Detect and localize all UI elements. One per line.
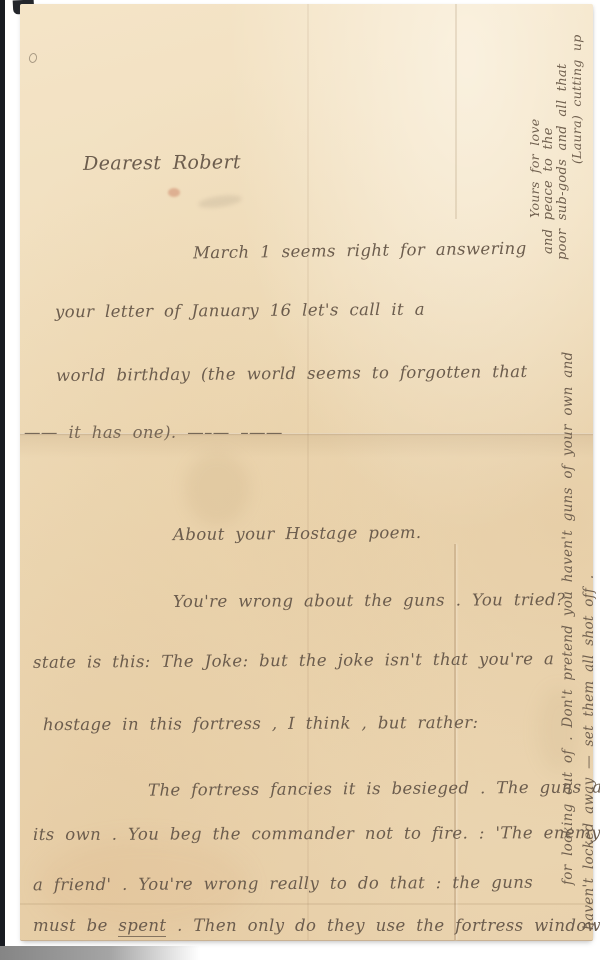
- margin-continuation-outer: haven't locked away — set them all shot …: [581, 575, 597, 930]
- letter-line: The fortress fancies it is besieged . Th…: [148, 777, 600, 799]
- letter-line: its own . You beg the commander not to f…: [33, 823, 600, 844]
- letter-line: state is this: The Joke: but the joke is…: [33, 649, 554, 672]
- letter-last-line: must be spent . Then only do they use th…: [33, 916, 600, 935]
- salutation: Dearest Robert: [83, 151, 241, 175]
- ink-stain: [168, 188, 180, 197]
- margin-signoff-line: and peace to the: [541, 127, 556, 254]
- scan-edge-left: [0, 0, 5, 960]
- scanned-letter-page: Dearest Robert March 1 seems right for a…: [0, 0, 600, 960]
- margin-signoff-line: Yours for love: [527, 119, 542, 218]
- margin-continuation-inner: for looking out of . Don't pretend you h…: [560, 351, 576, 885]
- letter-line: March 1 seems right for answering: [193, 239, 527, 263]
- letter-line: You're wrong about the guns . You tried?: [173, 590, 565, 611]
- letter-line: About your Hostage poem.: [173, 523, 422, 544]
- underlined-word: spent: [118, 916, 166, 937]
- margin-signoff-line: poor sub-gods and all that: [555, 63, 570, 260]
- letter-line: your letter of January 16 let's call it …: [55, 300, 425, 322]
- letter-paper: Dearest Robert March 1 seems right for a…: [20, 4, 593, 941]
- smudge-mark: [197, 193, 242, 210]
- faint-vertical-crease: [307, 4, 309, 940]
- last-line-prefix: must be: [33, 916, 118, 935]
- stray-ink-mark: [28, 52, 38, 64]
- margin-signature: (Laura) cutting up: [569, 34, 584, 164]
- scan-edge-bottom: [0, 946, 200, 960]
- letter-line: world birthday (the world seems to forgo…: [56, 362, 528, 385]
- letter-line: hostage in this fortress , I think , but…: [43, 713, 479, 734]
- paper-blotch: [185, 452, 249, 526]
- letter-line: —— it has one). —–— –——: [24, 423, 283, 442]
- letter-line: a friend' . You're wrong really to do th…: [33, 873, 533, 895]
- last-line-suffix: . Then only do they use the fortress win…: [166, 916, 600, 935]
- vertical-crease-top: [455, 4, 457, 219]
